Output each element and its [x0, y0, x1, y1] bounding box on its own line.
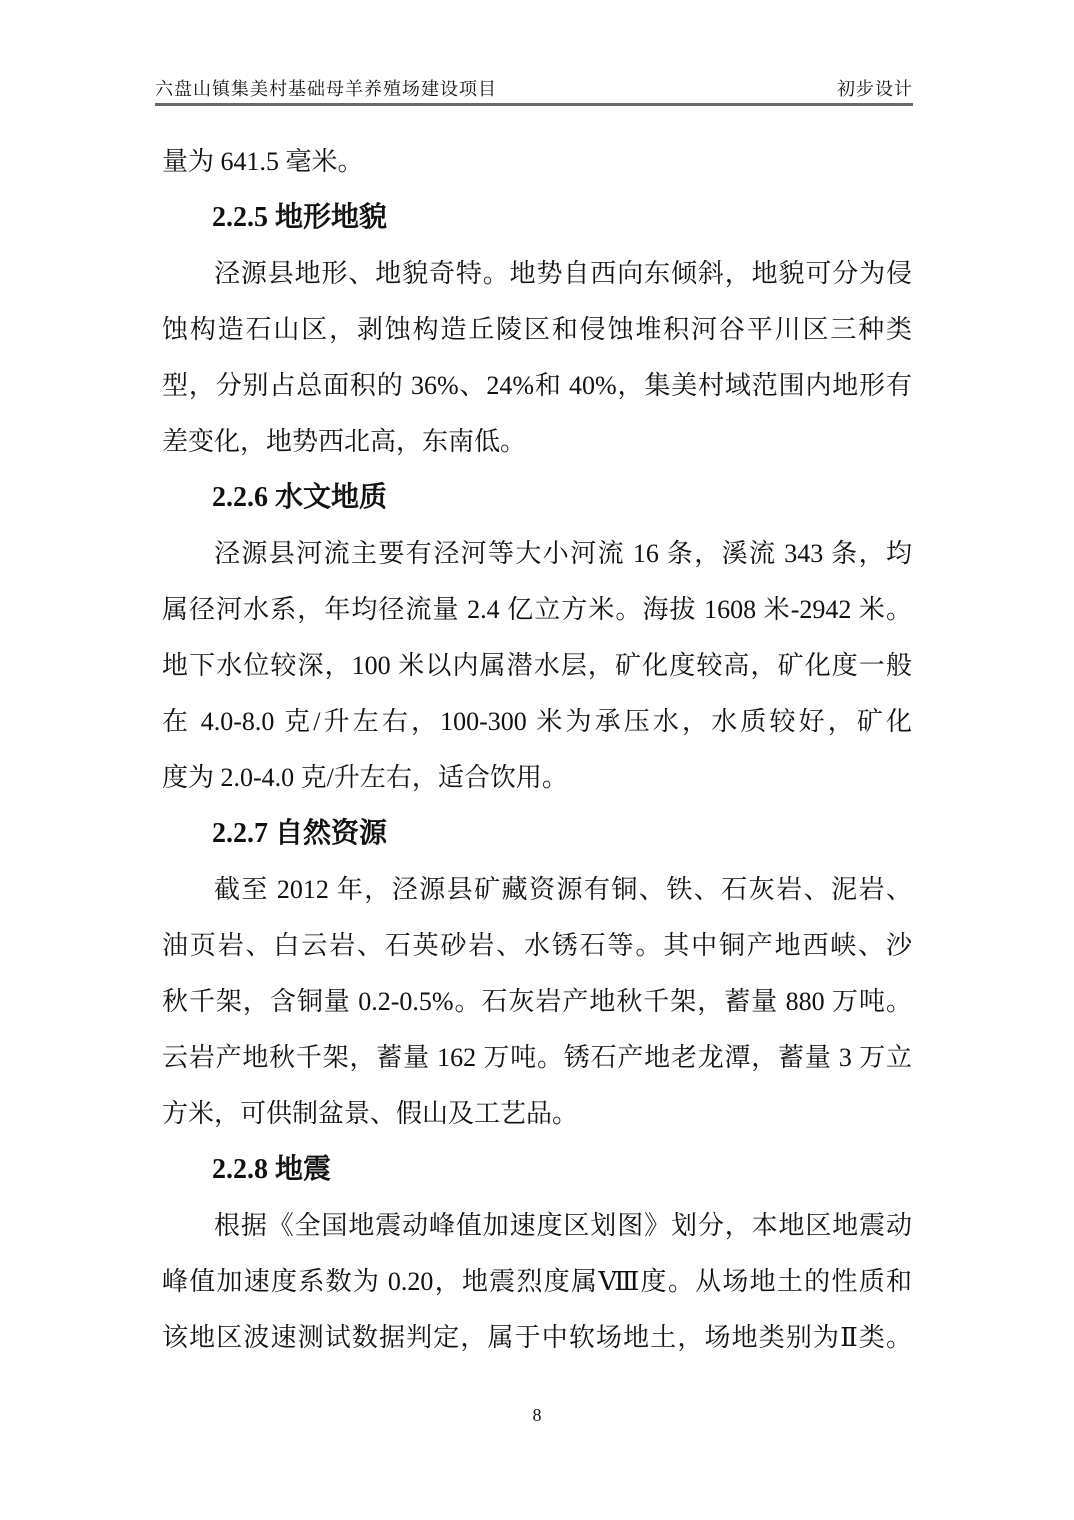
- page-header: 六盘山镇集美村基础母羊养殖场建设项目 初步设计: [155, 78, 913, 106]
- document-page: 六盘山镇集美村基础母羊养殖场建设项目 初步设计 量为 641.5 毫米。 2.2…: [0, 0, 1074, 1520]
- section-heading: 2.2.5 地形地貌: [162, 190, 912, 246]
- body-line: 方米，可供制盆景、假山及工艺品。: [162, 1086, 912, 1142]
- body-line: 油页岩、白云岩、石英砂岩、水锈石等。其中铜产地西峡、沙南、: [162, 918, 912, 974]
- header-doc-type: 初步设计: [837, 78, 913, 100]
- body-line: 属径河水系，年均径流量 2.4 亿立方米。海拔 1608 米-2942 米。: [162, 582, 912, 638]
- body-line: 差变化，地势西北高，东南低。: [162, 414, 912, 470]
- header-project-title: 六盘山镇集美村基础母羊养殖场建设项目: [155, 78, 497, 100]
- body-line: 该地区波速测试数据判定，属于中软场地土，场地类别为Ⅱ类。: [162, 1310, 912, 1366]
- document-body: 量为 641.5 毫米。 2.2.5 地形地貌 泾源县地形、地貌奇特。地势自西向…: [162, 134, 912, 1366]
- body-line: 泾源县河流主要有泾河等大小河流 16 条，溪流 343 条，均: [162, 526, 912, 582]
- page-number: 8: [533, 1405, 542, 1425]
- body-line: 峰值加速度系数为 0.20，地震烈度属Ⅷ度。从场地土的性质和: [162, 1254, 912, 1310]
- section-heading: 2.2.7 自然资源: [162, 806, 912, 862]
- body-line: 量为 641.5 毫米。: [162, 134, 912, 190]
- body-line: 秋千架，含铜量 0.2-0.5%。石灰岩产地秋千架，蓄量 880 万吨。: [162, 974, 912, 1030]
- body-line: 根据《全国地震动峰值加速度区划图》划分，本地区地震动: [162, 1198, 912, 1254]
- body-line: 蚀构造石山区，剥蚀构造丘陵区和侵蚀堆积河谷平川区三种类: [162, 302, 912, 358]
- body-line: 地下水位较深，100 米以内属潜水层，矿化度较高，矿化度一般: [162, 638, 912, 694]
- body-line: 泾源县地形、地貌奇特。地势自西向东倾斜，地貌可分为侵: [162, 246, 912, 302]
- header-row: 六盘山镇集美村基础母羊养殖场建设项目 初步设计: [155, 78, 913, 100]
- body-line: 云岩产地秋千架，蓄量 162 万吨。锈石产地老龙潭，蓄量 3 万立: [162, 1030, 912, 1086]
- body-line: 截至 2012 年，泾源县矿藏资源有铜、铁、石灰岩、泥岩、: [162, 862, 912, 918]
- body-line: 型，分别占总面积的 36%、24%和 40%，集美村域范围内地形有高: [162, 358, 912, 414]
- body-line: 度为 2.0-4.0 克/升左右，适合饮用。: [162, 750, 912, 806]
- page-footer: 8: [0, 1402, 1074, 1428]
- section-heading: 2.2.8 地震: [162, 1142, 912, 1198]
- section-heading: 2.2.6 水文地质: [162, 470, 912, 526]
- body-line: 在 4.0-8.0 克/升左右，100-300 米为承压水，水质较好，矿化: [162, 694, 912, 750]
